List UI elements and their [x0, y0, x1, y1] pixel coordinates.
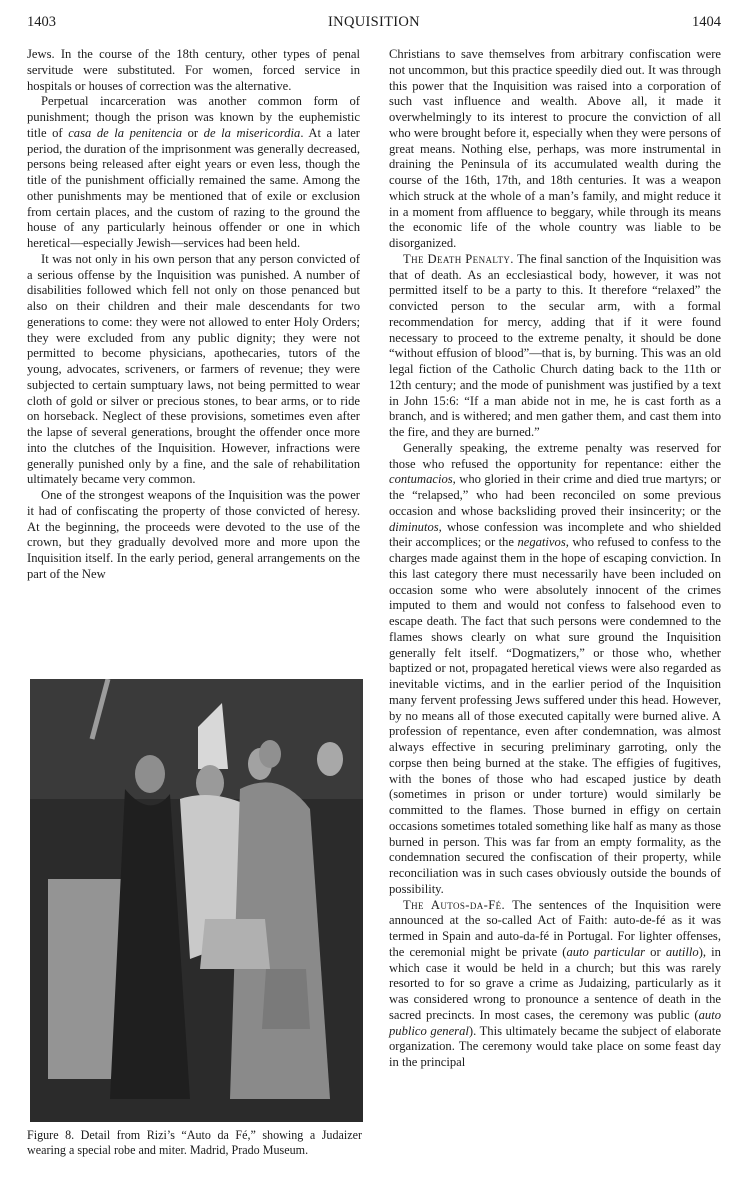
running-header: 1403 INQUISITION 1404	[0, 14, 748, 34]
right-column: Christians to save themselves from arbit…	[389, 47, 721, 1071]
paragraph: The Death Penalty. The final sanction of…	[389, 252, 721, 441]
left-column: Jews. In the course of the 18th century,…	[27, 47, 360, 583]
paragraph: It was not only in his own person that a…	[27, 252, 360, 488]
italic-term: autillo	[666, 945, 699, 959]
section-heading: The Autos-da-Fé.	[403, 898, 505, 912]
italic-term: de la misericordia	[204, 126, 301, 140]
running-title: INQUISITION	[0, 14, 748, 31]
italic-term: contumacios,	[389, 472, 456, 486]
page-number-right: 1404	[692, 14, 721, 31]
paragraph: Jews. In the course of the 18th century,…	[27, 47, 360, 94]
italic-term: diminutos,	[389, 520, 442, 534]
paragraph: Perpetual incarceration was another comm…	[27, 94, 360, 252]
paragraph: One of the strongest weapons of the Inqu…	[27, 488, 360, 583]
painting-image	[30, 679, 363, 1122]
italic-term: negativos,	[517, 535, 568, 549]
section-heading: The Death Penalty.	[403, 252, 514, 266]
italic-term: auto particular	[566, 945, 645, 959]
paragraph: Christians to save themselves from arbit…	[389, 47, 721, 252]
italic-term: casa de la penitencia	[68, 126, 182, 140]
paragraph: The Autos-da-Fé. The sentences of the In…	[389, 898, 721, 1071]
figure-caption: Figure 8. Detail from Rizi’s “Auto da Fé…	[27, 1128, 362, 1158]
figure-painting	[30, 679, 363, 1122]
paragraph: Generally speaking, the extreme penalty …	[389, 441, 721, 898]
